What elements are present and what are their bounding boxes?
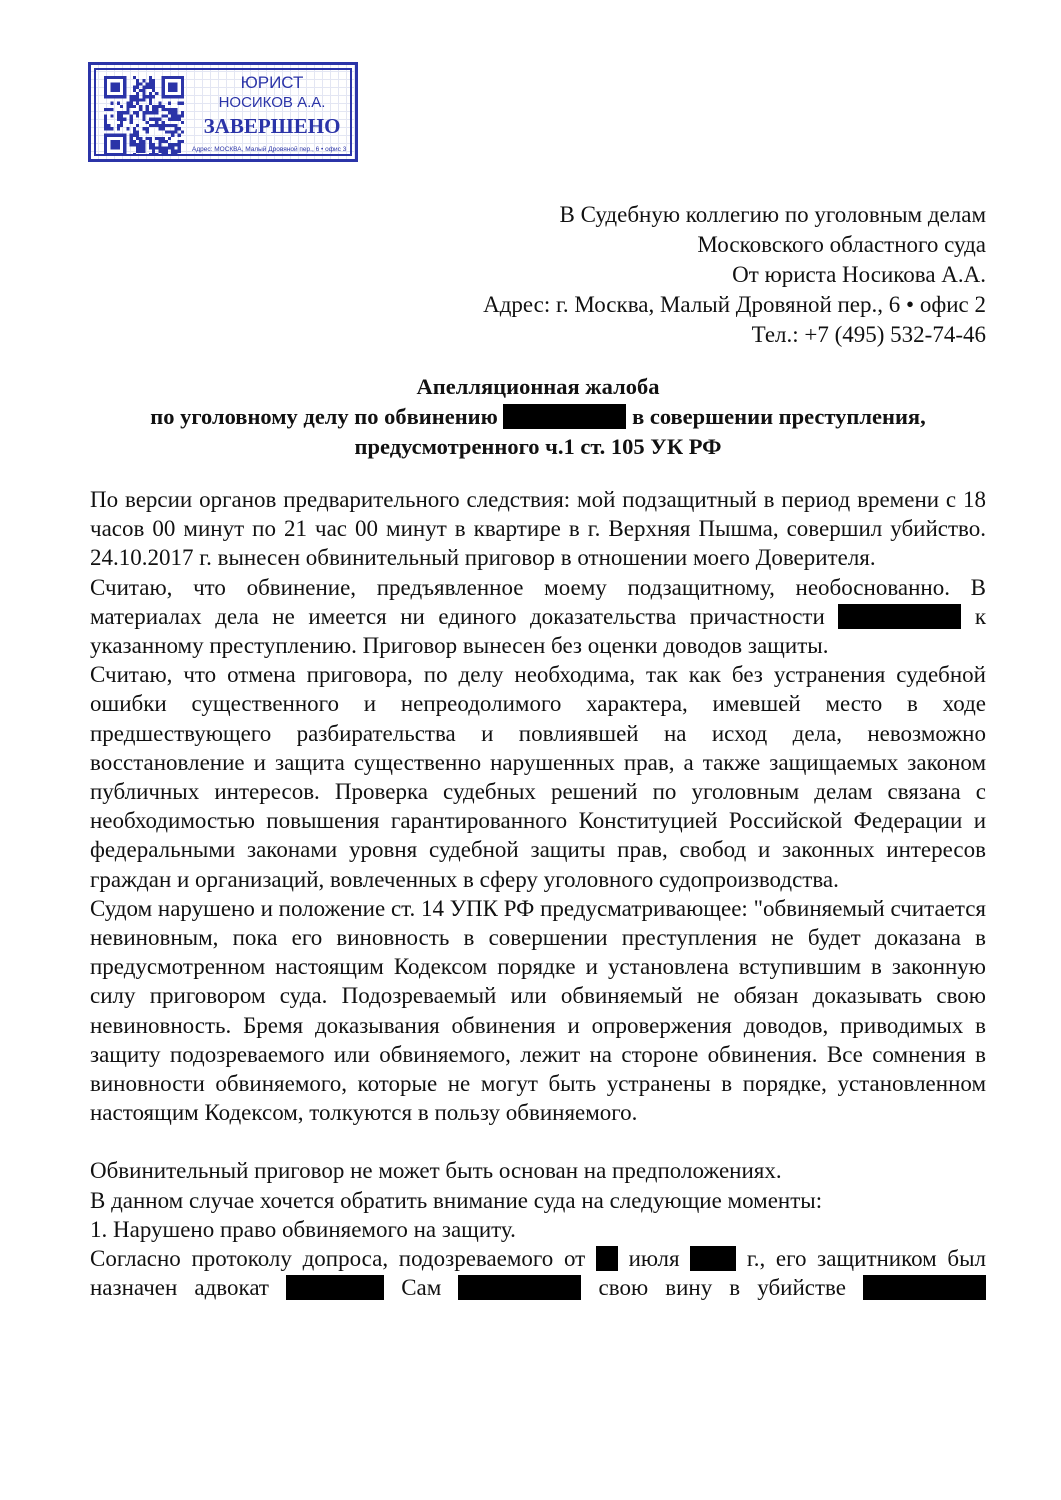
paragraph: Обвинительный приговор не может быть осн… bbox=[90, 1156, 986, 1185]
paragraph-text: Сам bbox=[401, 1275, 441, 1300]
stamp-address: Адрес: МОСКВА, Малый Дровяной пер., 6 • … bbox=[192, 146, 346, 153]
redaction-box bbox=[596, 1246, 618, 1271]
addressee-line: Адрес: г. Москва, Малый Дровяной пер., 6… bbox=[483, 290, 986, 320]
paragraph-text: свою вину в убийстве bbox=[599, 1275, 846, 1300]
title-text: в совершении преступления, bbox=[632, 404, 926, 429]
title-line-3: предусмотренного ч.1 ст. 105 УК РФ bbox=[90, 432, 986, 462]
redaction-box bbox=[690, 1246, 736, 1271]
addressee-line: В Судебную коллегию по уголовным делам bbox=[483, 200, 986, 230]
document-title: Апелляционная жалоба по уголовному делу … bbox=[90, 372, 986, 462]
paragraph-text: июля bbox=[629, 1246, 680, 1271]
title-line-2: по уголовному делу по обвинению в соверш… bbox=[90, 402, 986, 432]
stamp-inner-border: ЮРИСТ НОСИКОВ А.А. ЗАВЕРШЕНО Адрес: МОСК… bbox=[94, 68, 352, 156]
addressee-block: В Судебную коллегию по уголовным делам М… bbox=[483, 200, 986, 350]
title-text: по уголовному делу по обвинению bbox=[150, 404, 498, 429]
paragraph-text: Согласно протоколу допроса, подозреваемо… bbox=[90, 1246, 585, 1271]
redaction-box bbox=[458, 1275, 581, 1300]
paragraph: Согласно протоколу допроса, подозреваемо… bbox=[90, 1244, 986, 1302]
paragraph: Считаю, что обвинение, предъявленное мое… bbox=[90, 573, 986, 661]
redaction-box bbox=[503, 404, 626, 429]
redaction-box bbox=[286, 1275, 384, 1300]
spacer bbox=[90, 1127, 986, 1156]
document-body: По версии органов предварительного следс… bbox=[90, 485, 986, 1302]
paragraph: В данном случае хочется обратить внимани… bbox=[90, 1186, 986, 1215]
addressee-line: От юриста Носикова А.А. bbox=[483, 260, 986, 290]
stamp-name: НОСИКОВ А.А. bbox=[192, 94, 352, 111]
redaction-box bbox=[838, 604, 961, 629]
addressee-line: Тел.: +7 (495) 532-74-46 bbox=[483, 320, 986, 350]
paragraph: Судом нарушено и положение ст. 14 УПК РФ… bbox=[90, 894, 986, 1128]
title-line-1: Апелляционная жалоба bbox=[90, 372, 986, 402]
paragraph: Считаю, что отмена приговора, по делу не… bbox=[90, 660, 986, 894]
stamp-role: ЮРИСТ bbox=[192, 73, 352, 93]
lawyer-stamp: ЮРИСТ НОСИКОВ А.А. ЗАВЕРШЕНО Адрес: МОСК… bbox=[88, 62, 358, 162]
addressee-line: Московского областного суда bbox=[483, 230, 986, 260]
stamp-status: ЗАВЕРШЕНО bbox=[192, 114, 352, 139]
qr-code-icon bbox=[104, 76, 184, 156]
redaction-box bbox=[863, 1275, 986, 1300]
paragraph: По версии органов предварительного следс… bbox=[90, 485, 986, 573]
numbered-point: 1. Нарушено право обвиняемого на защиту. bbox=[90, 1215, 986, 1244]
